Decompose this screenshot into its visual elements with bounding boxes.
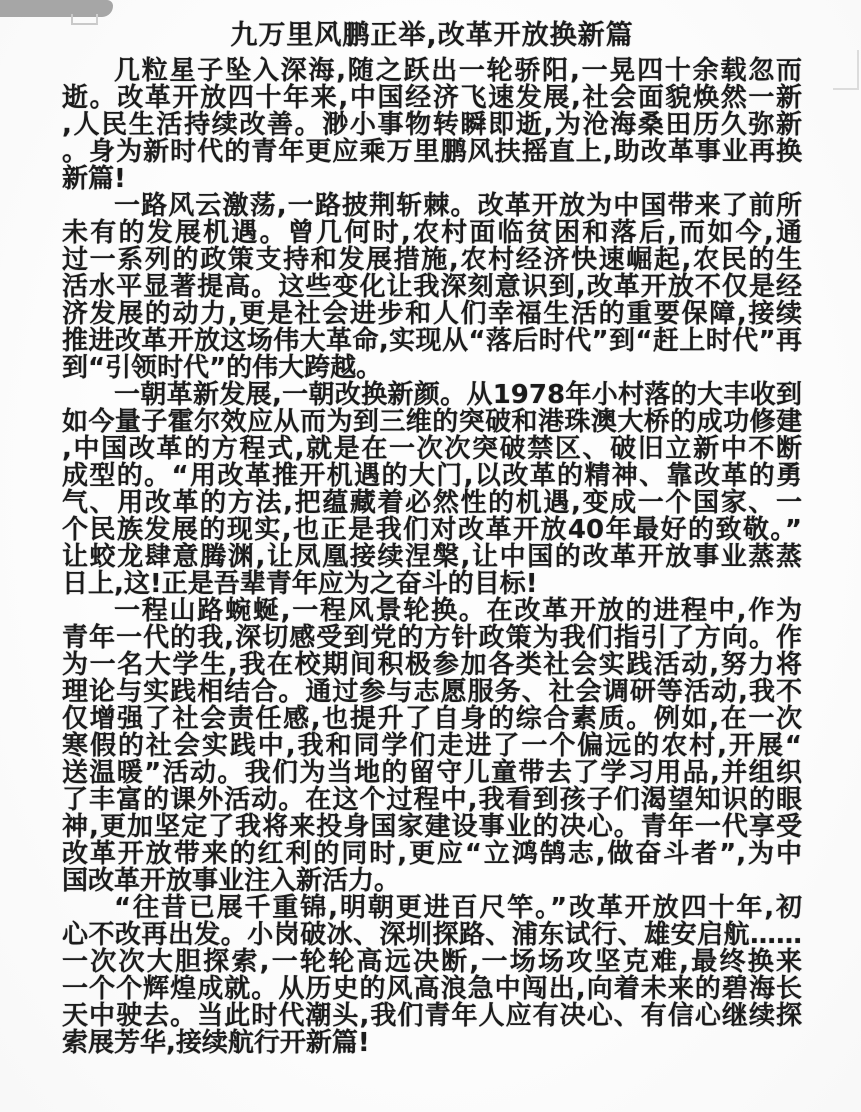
essay-line: 国改革开放事业注入新活力。 [62,868,802,895]
essay-title: 九万里风鹏正举,改革开放换新篇 [62,14,802,58]
essay-line: 到“引领时代”的伟大跨越。 [62,355,802,382]
essay-line: 改革开放带来的红利的同时,更应“立鸿鹄志,做奋斗者”,为中 [62,841,802,868]
essay-line: 一个个辉煌成就。从历史的风高浪急中闯出,向着未来的碧海长 [62,976,802,1003]
essay-line: 心不改再出发。小岗破冰、深圳探路、浦东试行、雄安启航…… [62,922,802,949]
essay-line: 索展芳华,接续航行开新篇! [62,1030,802,1057]
essay-line: 仅增强了社会责任感,也提升了自身的综合素质。例如,在一次 [62,706,802,733]
essay-line: 一朝革新发展,一朝改换新颜。从1978年小村落的大丰收到 [62,382,802,409]
essay-line: 一次次大胆探索,一轮轮高远决断,一场场攻坚克难,最终换来 [62,949,802,976]
essay-line: 送温暖”活动。我们为当地的留守儿童带去了学习用品,并组织 [62,760,802,787]
essay-line: 几粒星子坠入深海,随之跃出一轮骄阳,一晃四十余载忽而 [62,58,802,85]
essay-line: 活水平显著提高。这些变化让我深刻意识到,改革开放不仅是经 [62,274,802,301]
essay-line: 寒假的社会实践中,我和同学们走进了一个偏远的农村,开展“ [62,733,802,760]
essay-line: 如今量子霍尔效应从而为到三维的突破和港珠澳大桥的成功修建 [62,409,802,436]
essay-paragraphs: 几粒星子坠入深海,随之跃出一轮骄阳,一晃四十余载忽而逝。改革开放四十年来,中国经… [62,58,802,1057]
essay-line: 为一名大学生,我在校期间积极参加各类社会实践活动,努力将 [62,652,802,679]
essay-line: 推进改革开放这场伟大革命,实现从“落后时代”到“赶上时代”再 [62,328,802,355]
essay-line: 日上,这!正是吾辈青年应为之奋斗的目标! [62,571,802,598]
essay-line: 一路风云激荡,一路披荆斩棘。改革开放为中国带来了前所 [62,193,802,220]
essay-line: 济发展的动力,更是社会进步和人们幸福生活的重要保障,接续 [62,301,802,328]
page-corner-bracket [833,50,859,90]
essay-line: 成型的。“用改革推开机遇的大门,以改革的精神、靠改革的勇 [62,463,802,490]
essay-line: 逝。改革开放四十年来,中国经济飞速发展,社会面貌焕然一新 [62,85,802,112]
essay-line: ,人民生活持续改善。渺小事物转瞬即逝,为沧海桑田历久弥新 [62,112,802,139]
essay-line: 让蛟龙肆意腾渊,让凤凰接续涅槃,让中国的改革开放事业蒸蒸 [62,544,802,571]
essay-line: 新篇! [62,166,802,193]
essay-line: 天中驶去。当此时代潮头,我们青年人应有决心、有信心继续探 [62,1003,802,1030]
essay-line: 理论与实践相结合。通过参与志愿服务、社会调研等活动,我不 [62,679,802,706]
essay-line: ,中国改革的方程式,就是在一次次突破禁区、破旧立新中不断 [62,436,802,463]
essay-body: 九万里风鹏正举,改革开放换新篇 几粒星子坠入深海,随之跃出一轮骄阳,一晃四十余载… [62,14,802,1057]
essay-line: 未有的发展机遇。曾几何时,农村面临贫困和落后,而如今,通 [62,220,802,247]
essay-line: 青年一代的我,深切感受到党的方针政策为我们指引了方向。作 [62,625,802,652]
essay-line: 个民族发展的现实,也正是我们对改革开放40年最好的致敬。” [62,517,802,544]
scanned-essay-page: 九万里风鹏正举,改革开放换新篇 几粒星子坠入深海,随之跃出一轮骄阳,一晃四十余载… [0,0,861,1112]
essay-line: “往昔已展千重锦,明朝更进百尺竿。”改革开放四十年,初 [62,895,802,922]
essay-line: 一程山路蜿蜒,一程风景轮换。在改革开放的进程中,作为 [62,598,802,625]
essay-line: 过一系列的政策支持和发展措施,农村经济快速崛起,农民的生 [62,247,802,274]
essay-line: 了丰富的课外活动。在这个过程中,我看到孩子们渴望知识的眼 [62,787,802,814]
essay-line: 气、用改革的方法,把蕴藏着必然性的机遇,变成一个国家、一 [62,490,802,517]
essay-line: 神,更加坚定了我将来投身国家建设事业的决心。青年一代享受 [62,814,802,841]
essay-line: 。身为新时代的青年更应乘万里鹏风扶摇直上,助改革事业再换 [62,139,802,166]
